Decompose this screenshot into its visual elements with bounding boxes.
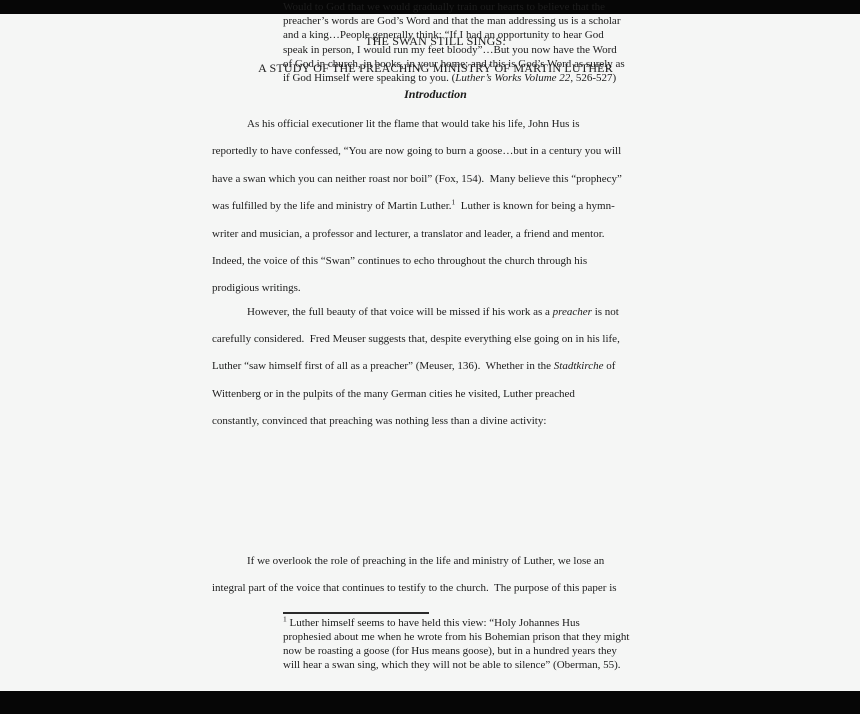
text-line: speak in person, I would run my feet blo… (283, 43, 650, 57)
paragraph-introduction-1: As his official executioner lit the flam… (212, 111, 659, 303)
footnote-separator-rule (283, 612, 429, 614)
text-line: of God in church, in books, in your home… (283, 57, 650, 71)
letterbox-bottom (0, 691, 860, 714)
block-quote-luthers-works: Would to God that we would gradually tra… (283, 0, 650, 85)
footnote-1: 1 Luther himself seems to have held this… (283, 616, 665, 672)
text-line: carefully considered. Fred Meuser sugges… (212, 326, 659, 353)
text-line: if God Himself were speaking to you. (Lu… (283, 71, 650, 85)
text-line: have a swan which you can neither roast … (212, 166, 659, 193)
text-line: was fulfilled by the life and ministry o… (212, 193, 659, 220)
text-line: preacher’s words are God’s Word and that… (283, 14, 650, 28)
text-line: reportedly to have confessed, “You are n… (212, 138, 659, 165)
text-line: constantly, convinced that preaching was… (212, 408, 659, 435)
text-line: If we overlook the role of preaching in … (212, 548, 659, 575)
text-line: and a king…People generally think: “If I… (283, 28, 650, 42)
text-line: Would to God that we would gradually tra… (283, 0, 650, 14)
paragraph-introduction-3: If we overlook the role of preaching in … (212, 548, 659, 603)
section-heading-introduction: Introduction (212, 88, 659, 100)
text-line: now be roasting a goose (for Hus means g… (283, 644, 665, 658)
paragraph-introduction-2: However, the full beauty of that voice w… (212, 299, 659, 436)
text-line: integral part of the voice that continue… (212, 575, 659, 602)
text-line: will hear a swan sing, which they will n… (283, 658, 665, 672)
text-line: As his official executioner lit the flam… (212, 111, 659, 138)
text-line: Luther “saw himself first of all as a pr… (212, 353, 659, 380)
text-line: However, the full beauty of that voice w… (212, 299, 659, 326)
text-line: writer and musician, a professor and lec… (212, 221, 659, 248)
text-line: 1 Luther himself seems to have held this… (283, 616, 665, 630)
text-line: prophesied about me when he wrote from h… (283, 630, 665, 644)
document-page: THE SWAN STILL SINGS: A STUDY OF THE PRE… (0, 0, 860, 714)
text-line: Wittenberg or in the pulpits of the many… (212, 381, 659, 408)
text-line: Indeed, the voice of this “Swan” continu… (212, 248, 659, 275)
